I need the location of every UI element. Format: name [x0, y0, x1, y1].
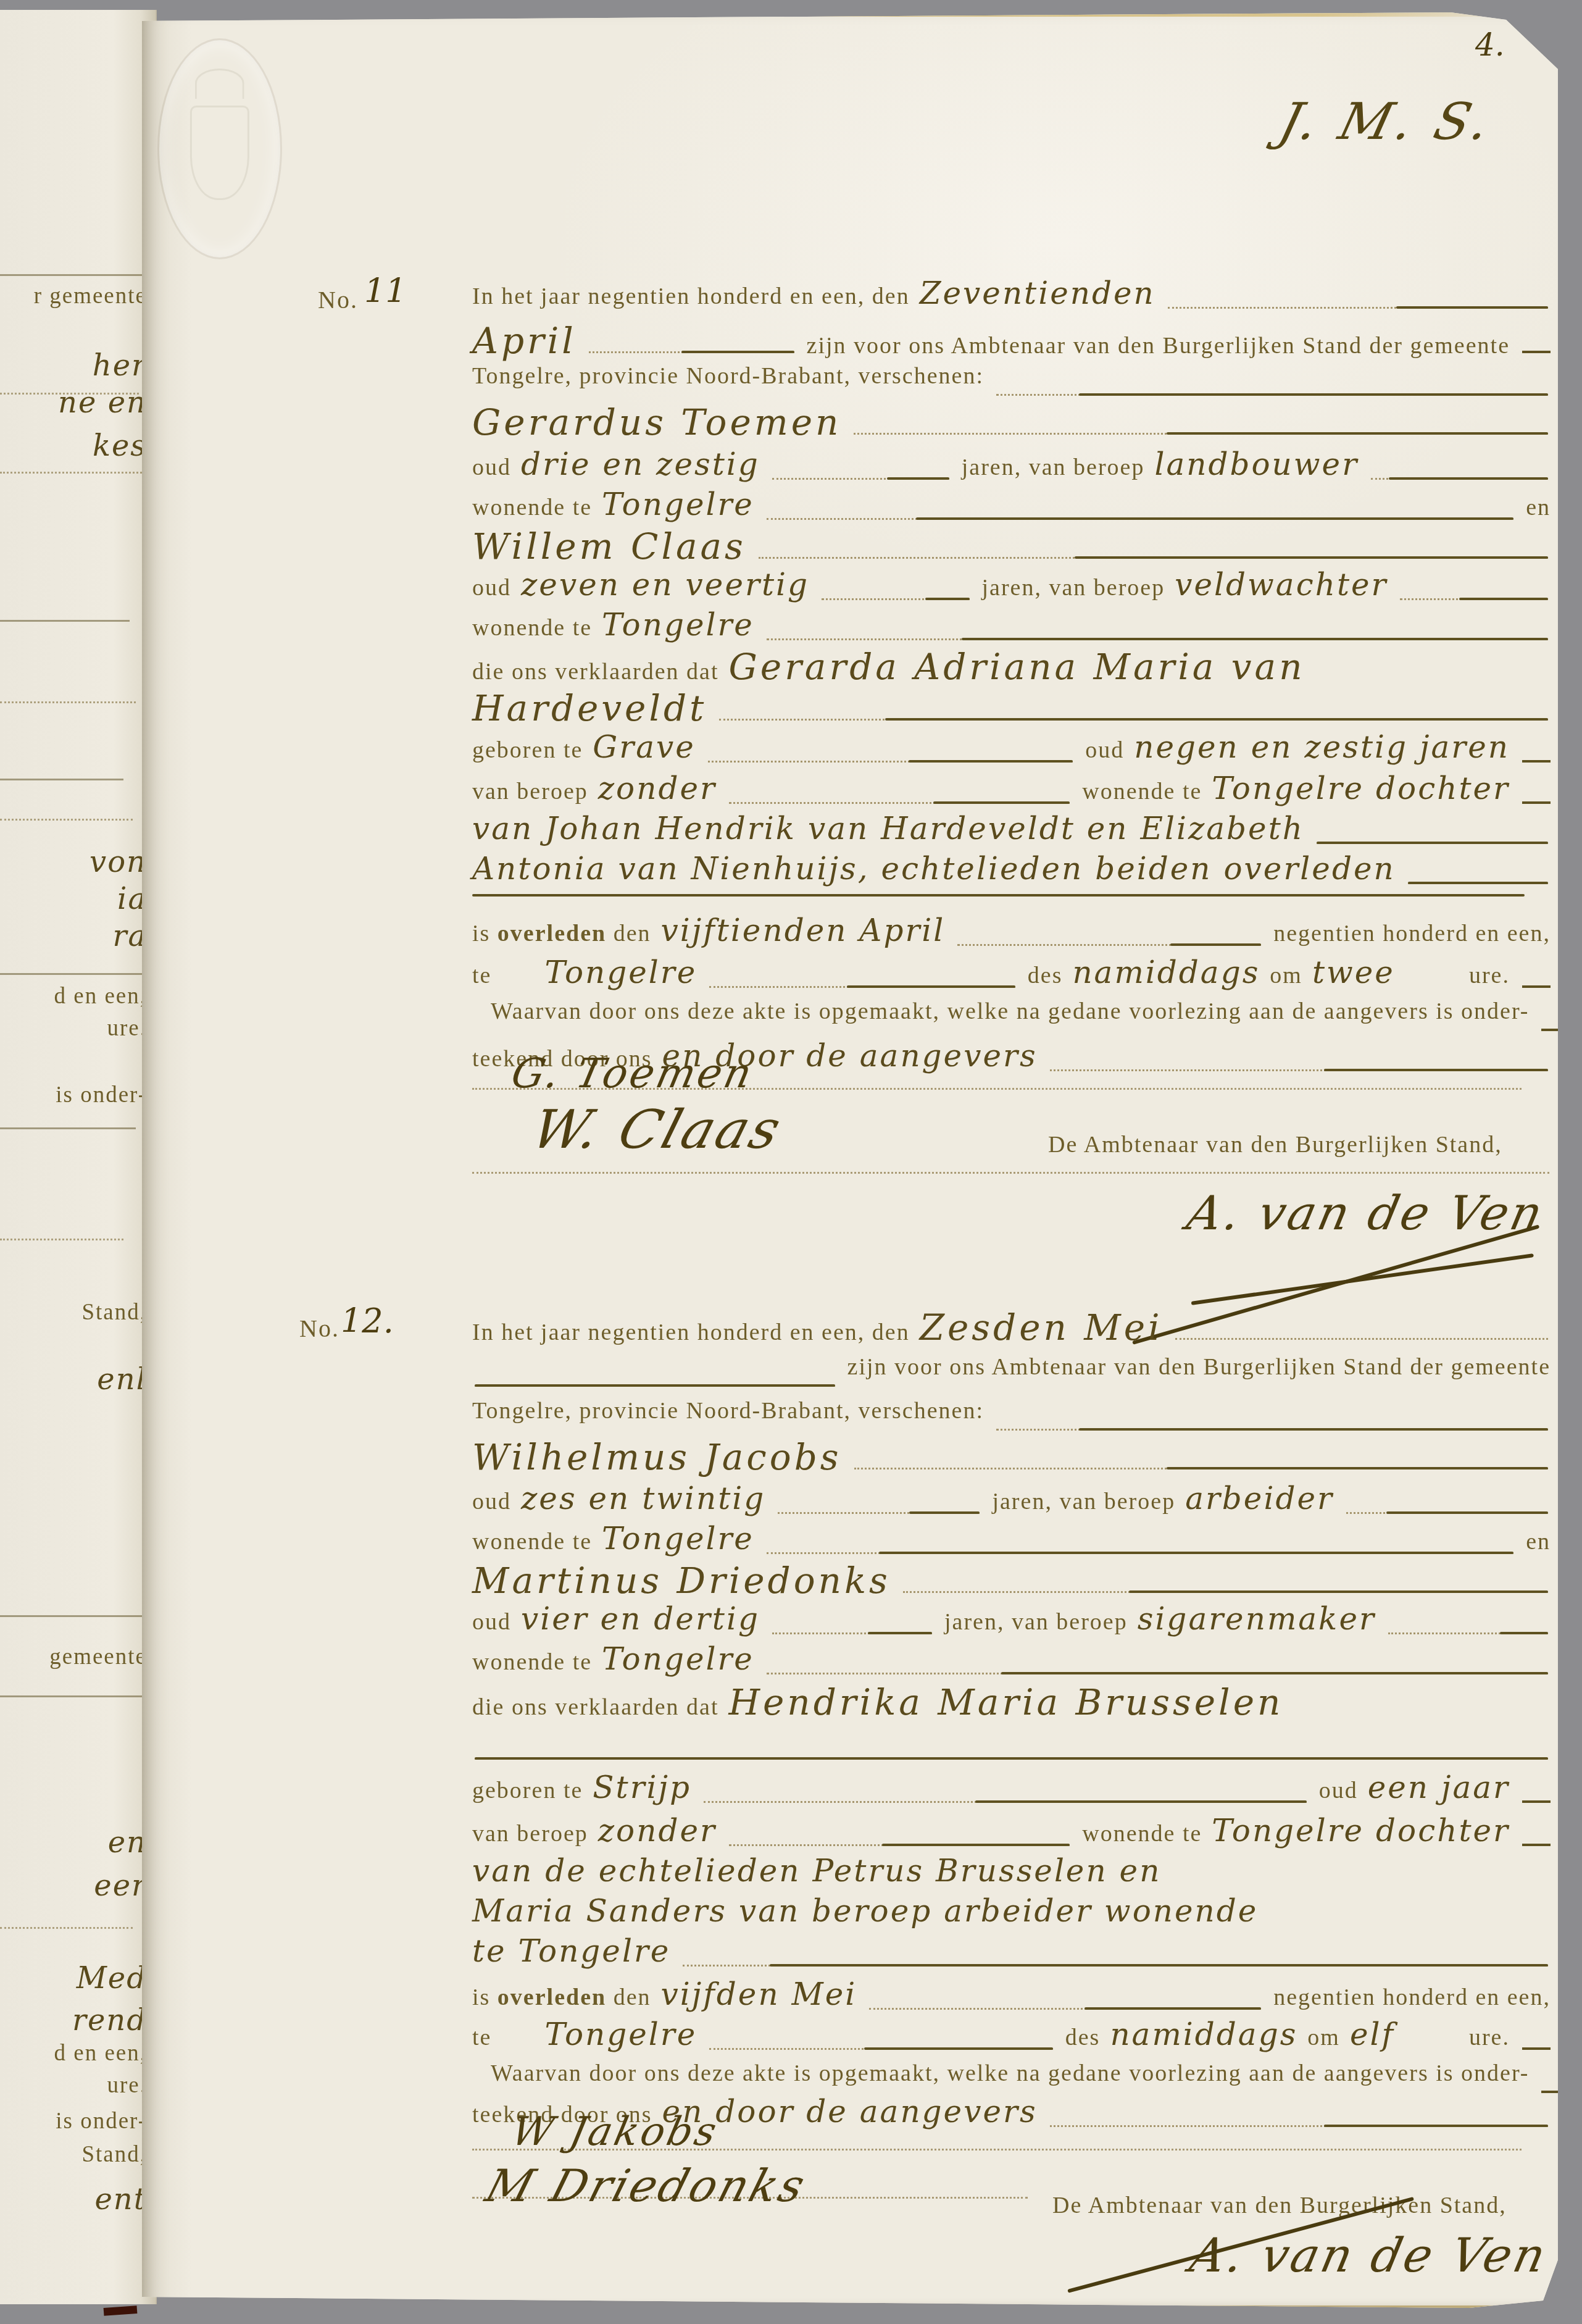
fill-line	[1522, 985, 1551, 988]
fill-line	[1270, 1925, 1548, 1926]
handwritten-residence: Tongelre	[602, 607, 754, 643]
handwritten-parents: te Tongelre	[472, 1933, 670, 1969]
printed-label: des	[1065, 2024, 1101, 2051]
act11-declarant2-age-prof: oud zeven en veertig jaren, van beroep v…	[472, 567, 1551, 608]
printed-label: die ons verklaarden dat	[472, 658, 718, 685]
act11-deceased-name2: Hardeveldt	[472, 687, 1551, 728]
handwritten-place: Tongelre	[544, 955, 697, 990]
left-fragment: ne en	[58, 385, 147, 420]
printed-label: Tongelre, provincie Noord-Brabant, versc…	[472, 362, 984, 390]
act12-line-year: In het jaar negentien honderd en een, de…	[472, 1306, 1551, 1347]
fill-line	[729, 1844, 1070, 1846]
handwritten-profession: landbouwer	[1154, 446, 1359, 482]
fill-line	[1173, 1884, 1548, 1886]
printed-label: oud	[1319, 1777, 1358, 1804]
printed-label: negentien honderd en een,	[1273, 1984, 1551, 2011]
printed-label: wonende te	[1082, 1820, 1202, 1847]
act12-declarant2-name: Martinus Driedonks	[472, 1560, 1551, 1600]
left-fragment: von	[90, 845, 147, 879]
handwritten-deceased-name: Hardeveldt	[472, 687, 707, 729]
handwritten-parents: Maria Sanders van beroep arbeider wonend…	[472, 1893, 1258, 1929]
fill-line	[683, 1965, 1548, 1967]
printed-label: en	[1526, 494, 1551, 521]
act12-line-month: zijn voor ons Ambtenaar van den Burgerli…	[472, 1353, 1551, 1394]
printed-label: wonende te	[472, 1528, 592, 1555]
printed-label: om	[1307, 2024, 1340, 2051]
act11-declarant2-residence: wonende te Tongelre	[472, 607, 1551, 648]
fill-line	[1522, 760, 1551, 763]
clerk-rule-line	[472, 894, 1525, 897]
printed-label: jaren, van beroep	[992, 1488, 1175, 1515]
handwritten-profession: zonder	[598, 1813, 717, 1849]
act-number-label: No.	[299, 1314, 339, 1343]
handwritten-residence: Tongelre	[602, 487, 754, 522]
act11-prof-residence: van beroep zonder wonende te Tongelre do…	[472, 771, 1551, 811]
act11-line-month: April zijn voor ons Ambtenaar van den Bu…	[472, 320, 1551, 361]
left-fragment: ent	[94, 2182, 147, 2217]
printed-label: te	[472, 962, 491, 989]
fill-line	[767, 638, 1548, 640]
handwritten-parents: van Johan Hendrik van Hardeveldt en Eliz…	[472, 811, 1304, 846]
fill-line	[719, 719, 1548, 721]
handwritten-birthplace: Strijp	[593, 1770, 691, 1805]
left-fragment: en	[108, 1825, 147, 1860]
fill-line	[1388, 1632, 1548, 1634]
printed-label: oud	[472, 574, 511, 601]
form-line-fragment	[0, 1615, 142, 1617]
fill-line	[1522, 351, 1551, 353]
printed-label: is overleden den	[472, 920, 651, 947]
left-fragment: eer	[94, 1868, 147, 1903]
left-fragment: is onder-	[56, 1082, 147, 1108]
printed-label: oud	[472, 454, 511, 481]
printed-label: ure.	[1469, 962, 1510, 989]
fill-line	[822, 598, 970, 600]
printed-label: oud	[472, 1608, 511, 1636]
handwritten-death-day: vijfden Mei	[661, 1976, 857, 2012]
act12-declarant1-residence: wonende te Tongelre en	[472, 1521, 1551, 1561]
seal-shield	[190, 106, 249, 201]
fill-line	[903, 1591, 1548, 1593]
left-fragment: ure.	[107, 1015, 148, 1042]
handwritten-age: zes en twintig	[521, 1481, 765, 1516]
act-number-value: 11	[364, 272, 407, 311]
fill-line	[772, 1632, 932, 1634]
act12-declarant2-age-prof: oud vier en dertig jaren, van beroep sig…	[472, 1601, 1551, 1642]
act12-death-place-time: te Tongelre des namiddags om elf ure.	[472, 2017, 1551, 2057]
official-title: De Ambtenaar van den Burgerlijken Stand,	[1052, 2192, 1507, 2219]
fill-line	[778, 1512, 980, 1514]
printed-label: oud	[1085, 737, 1124, 764]
act11-parents1: van Johan Hendrik van Hardeveldt en Eliz…	[472, 811, 1551, 851]
form-line-fragment	[0, 620, 130, 622]
handwritten-birthplace: Grave	[593, 729, 696, 765]
form-line-fragment	[0, 274, 145, 276]
signature-line	[472, 1172, 1549, 1174]
fill-line	[869, 2008, 1261, 2010]
fill-line	[1541, 2091, 1570, 2093]
fill-line	[1318, 677, 1549, 679]
printed-label: jaren, van beroep	[944, 1608, 1128, 1636]
printed-label: des	[1028, 962, 1063, 989]
printed-label: van beroep	[472, 778, 588, 805]
fill-line	[1522, 1844, 1551, 1846]
printed-label: geboren te	[472, 737, 583, 764]
act11-death-date: is overleden den vijftienden April negen…	[472, 913, 1551, 953]
printed-label: negentien honderd en een,	[1273, 920, 1551, 947]
act12-parents1: van de echtelieden Petrus Brusselen en	[472, 1853, 1551, 1894]
act12-parents2: Maria Sanders van beroep arbeider wonend…	[472, 1893, 1551, 1934]
fill-line	[1400, 598, 1548, 600]
printed-label: Waarvan door ons deze akte is opgemaakt,…	[491, 998, 1529, 1025]
handwritten-hour: elf	[1350, 2017, 1395, 2052]
handwritten-date-day: Zeventienden	[920, 275, 1155, 311]
fill-line	[996, 394, 1548, 396]
fill-line	[767, 1673, 1548, 1674]
fill-line	[475, 1758, 1548, 1760]
printed-label: om	[1270, 962, 1302, 989]
handwritten-profession: zonder	[598, 771, 717, 806]
handwritten-parents: van de echtelieden Petrus Brusselen en	[472, 1853, 1161, 1889]
fill-line	[767, 1552, 1513, 1554]
previous-page-edge: r gemeente her ne en kes von ia ra d en …	[0, 10, 157, 2304]
act12-parents3: te Tongelre	[472, 1933, 1551, 1974]
act12-deceased-name: die ons verklaarden dat Hendrika Maria B…	[472, 1681, 1551, 1722]
embossed-tax-seal	[157, 38, 282, 259]
fill-line	[1296, 1713, 1548, 1715]
handwritten-residence: Tongelre dochter	[1212, 1813, 1510, 1849]
form-line-fragment	[0, 973, 145, 975]
fill-line	[854, 433, 1548, 435]
form-line-fragment	[0, 1127, 136, 1129]
seal-crown	[195, 69, 244, 99]
form-line-fragment	[0, 1695, 145, 1697]
handwritten-age: een jaar	[1368, 1770, 1510, 1805]
fill-line	[1346, 1512, 1548, 1514]
left-fragment: ra	[112, 919, 147, 953]
handwritten-profession: arbeider	[1185, 1481, 1334, 1516]
official-signature: A. van de Ven	[1186, 2228, 1553, 2283]
act12-birth-age: geboren te Strijp oud een jaar	[472, 1770, 1551, 1810]
printed-label: ure.	[1469, 2024, 1510, 2051]
handwritten-deceased-name: Gerarda Adriana Maria van	[728, 646, 1305, 688]
form-line-fragment	[0, 1239, 123, 1240]
fill-line	[475, 1385, 835, 1387]
fill-line	[1522, 2047, 1551, 2050]
scanned-register-page: r gemeente her ne en kes von ia ra d en …	[0, 0, 1582, 2324]
handwritten-residence: Tongelre	[602, 1521, 754, 1557]
left-fragment: d en een,	[54, 2040, 147, 2067]
left-fragment: d en een,	[54, 983, 147, 1009]
left-fragment: Stand,	[81, 1299, 147, 1326]
act11-birth-age: geboren te Grave oud negen en zestig jar…	[472, 729, 1551, 770]
fill-line	[589, 351, 794, 353]
fill-line	[1522, 801, 1551, 804]
fill-line	[957, 944, 1261, 946]
handwritten-date-day: Zesden Mei	[920, 1306, 1163, 1348]
handwritten-residence: Tongelre	[602, 1641, 754, 1677]
fill-line	[1175, 1338, 1548, 1340]
printed-label: is overleden den	[472, 1984, 651, 2011]
act11-declarant1-name: Gerardus Toemen	[472, 401, 1551, 442]
printed-label: wonende te	[1082, 778, 1202, 805]
printed-label: en	[1526, 1528, 1551, 1555]
handwritten-residence: Tongelre dochter	[1212, 771, 1510, 806]
left-fragment: rend	[72, 2003, 147, 2038]
act11-declarant2-name: Willem Claas	[472, 525, 1551, 566]
act-number-label: No.	[318, 285, 358, 314]
fill-line	[1317, 842, 1548, 844]
printed-label: Tongelre, provincie Noord-Brabant, versc…	[472, 1397, 984, 1424]
act12-declarant1-age-prof: oud zes en twintig jaren, van beroep arb…	[472, 1481, 1551, 1521]
handwritten-age: negen en zestig jaren	[1134, 729, 1510, 765]
left-fragment: ure.	[107, 2072, 148, 2099]
fill-line	[708, 761, 1073, 763]
printed-label: zijn voor ons Ambtenaar van den Burgerli…	[847, 1353, 1551, 1381]
fill-line	[1541, 1029, 1570, 1031]
fill-line	[1407, 2048, 1457, 2050]
official-signature: A. van de Ven	[1183, 1185, 1550, 1240]
handwritten-name: Wilhelmus Jacobs	[472, 1436, 842, 1478]
printed-label: die ons verklaarden dat	[472, 1694, 718, 1721]
handwritten-profession: sigarenmaker	[1138, 1601, 1376, 1637]
printed-label: oud	[472, 1488, 511, 1515]
left-fragment: kes	[93, 428, 147, 463]
act11-declarant1-residence: wonende te Tongelre en	[472, 487, 1551, 527]
handwritten-place: Tongelre	[544, 2017, 697, 2052]
handwritten-daypart: namiddags	[1110, 2017, 1297, 2052]
handwritten-name: Willem Claas	[472, 525, 746, 567]
death-register-page: 4. J. M. S. No. 11 In het jaar negentien…	[142, 12, 1562, 2310]
fill-line	[1371, 478, 1548, 480]
fill-line	[1408, 882, 1548, 884]
handwritten-profession: veldwachter	[1175, 567, 1388, 603]
declarant1-signature: G. Toemen	[507, 1050, 759, 1097]
form-line-fragment	[0, 1927, 133, 1929]
left-fragment: enl	[97, 1362, 147, 1397]
printed-label: zijn voor ons Ambtenaar van den Burgerli…	[807, 332, 1510, 359]
act12-blank-line	[472, 1726, 1551, 1767]
form-line-fragment	[0, 701, 136, 703]
page-number: 4.	[1475, 27, 1505, 63]
printed-label: wonende te	[472, 614, 592, 642]
left-fragment: Med	[77, 1961, 147, 1996]
printed-label: van beroep	[472, 1820, 588, 1847]
act-number-value: 12.	[341, 1302, 394, 1340]
signature-flourish	[1191, 1253, 1534, 1305]
handwritten-name: Martinus Driedonks	[472, 1560, 891, 1602]
fill-line	[772, 478, 949, 480]
printed-label: geboren te	[472, 1777, 583, 1804]
left-fragment: gemeente	[49, 1644, 147, 1670]
declarant2-signature: W. Claas	[525, 1099, 790, 1161]
act11-deceased-name1: die ons verklaarden dat Gerarda Adriana …	[472, 646, 1551, 687]
handwritten-age: vier en dertig	[521, 1601, 760, 1637]
act12-declarant1-name: Wilhelmus Jacobs	[472, 1436, 1551, 1477]
form-line-fragment	[0, 819, 133, 821]
act11-line-year: In het jaar negentien honderd en een, de…	[472, 275, 1551, 316]
act12-prof-residence: van beroep zonder wonende te Tongelre do…	[472, 1813, 1551, 1854]
official-title: De Ambtenaar van den Burgerlijken Stand,	[1048, 1131, 1502, 1158]
printed-label: wonende te	[472, 494, 592, 521]
printed-label: jaren, van beroep	[982, 574, 1165, 601]
fill-line	[1407, 986, 1457, 988]
handwritten-age: drie en zestig	[521, 446, 760, 482]
form-line-fragment	[0, 779, 123, 780]
fill-line	[759, 557, 1548, 559]
fill-line	[767, 518, 1513, 520]
handwritten-name: Gerardus Toemen	[472, 401, 841, 443]
fill-line	[854, 1468, 1548, 1469]
printed-label: wonende te	[472, 1649, 592, 1676]
left-fragment: r gemeente	[34, 283, 147, 309]
handwritten-parents: Antonia van Nienhuijs, echtelieden beide…	[472, 851, 1396, 887]
printed-label: Waarvan door ons deze akte is opgemaakt,…	[491, 2060, 1529, 2087]
fill-line	[729, 802, 1070, 804]
printed-label: In het jaar negentien honderd en een, de…	[472, 1319, 910, 1346]
act11-declarant1-age-prof: oud drie en zestig jaren, van beroep lan…	[472, 446, 1551, 487]
handwritten-death-day: vijftienden April	[661, 913, 946, 948]
declarant2-signature: M Driedonks	[480, 2160, 813, 2212]
fill-line	[1522, 1800, 1551, 1803]
act11-death-place-time: te Tongelre des namiddags om twee ure.	[472, 955, 1551, 995]
handwritten-deceased-name: Hendrika Maria Brusselen	[728, 1681, 1283, 1723]
act12-declarant2-residence: wonende te Tongelre	[472, 1641, 1551, 1682]
handwritten-month: April	[472, 320, 577, 362]
fill-line	[1050, 1069, 1548, 1071]
printed-label: In het jaar negentien honderd en een, de…	[472, 283, 910, 310]
fill-line	[709, 986, 1015, 988]
fill-line	[709, 2048, 1052, 2050]
act11-closing: Waarvan door ons deze akte is opgemaakt,…	[491, 998, 1551, 1039]
handwritten-hour: twee	[1312, 955, 1395, 990]
handwritten-age: zeven en veertig	[521, 567, 809, 603]
fill-line	[1050, 2125, 1548, 2127]
printed-label: jaren, van beroep	[962, 454, 1145, 481]
printed-label: te	[472, 2024, 491, 2051]
binding-mark	[104, 2305, 138, 2316]
left-fragment: is onder-	[56, 2108, 147, 2134]
fill-line	[996, 1429, 1548, 1431]
act11-parents2: Antonia van Nienhuijs, echtelieden beide…	[472, 851, 1551, 892]
fill-line	[1168, 307, 1548, 309]
left-fragment: Stand,	[81, 2141, 147, 2168]
act11-line-gemeente: Tongelre, provincie Noord-Brabant, versc…	[472, 362, 1551, 403]
declarant1-signature: W Jakobs	[507, 2109, 723, 2155]
form-line-fragment	[0, 472, 142, 474]
fill-line	[704, 1801, 1307, 1803]
act12-line-gemeente: Tongelre, provincie Noord-Brabant, versc…	[472, 1397, 1551, 1438]
archivist-paraph: J. M. S.	[1273, 93, 1499, 151]
left-fragment: her	[93, 348, 147, 383]
act12-death-date: is overleden den vijfden Mei negentien h…	[472, 1976, 1551, 2017]
handwritten-daypart: namiddags	[1072, 955, 1260, 990]
